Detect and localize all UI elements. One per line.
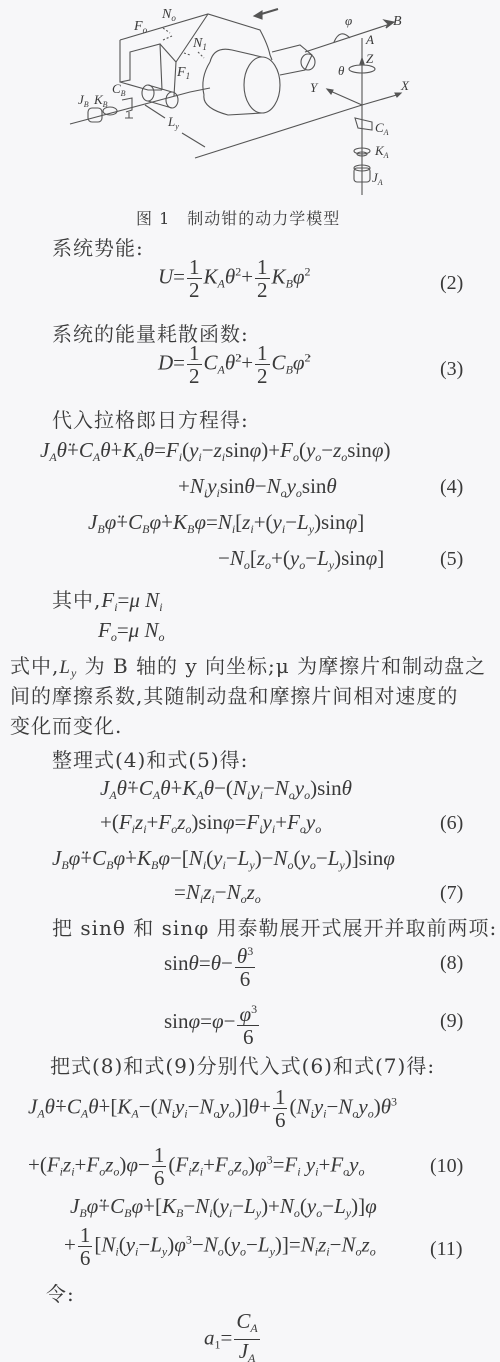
label-Ly: Ly — [167, 114, 179, 131]
label-X: X — [400, 78, 410, 93]
equation-4-line2: +Niyisinθ−Noyosinθ — [178, 474, 337, 501]
equation-number-5: (5) — [440, 548, 463, 571]
label-F1: F1 — [176, 65, 190, 81]
rearrange-label: 整理式(4)和式(5)得: — [52, 744, 248, 773]
equation-10-line2: +(Fizi+Fozo)φ−16(Fizi+Fozo)φ3=Fi yi+Foyo — [28, 1144, 365, 1189]
label-KB: KB — [93, 92, 108, 109]
equation-7-line1: JBφ̈+CBφ̇+KBφ−[Ni(yi−Ly)−No(yo−Ly)]sinφ — [52, 846, 395, 873]
equation-8: sinθ=θ−θ36 — [164, 940, 257, 990]
label-KA: KA — [374, 143, 389, 160]
let-label: 令: — [46, 1278, 75, 1307]
equation-number-9: (9) — [440, 1010, 463, 1033]
label-phi: φ — [345, 13, 352, 28]
document-page: Fo No N1 F1 JB KB CB Ly φ B A Z θ Y X CA… — [0, 0, 500, 1362]
equation-4-line1: JAθ̈+CAθ̇+KAθ=Fi(yi−zisinφ)+Fo(yo−zosinφ… — [40, 438, 390, 465]
where-line-2: Fo=μ No — [98, 618, 164, 645]
substitute-label: 把式(8)和式(9)分别代入式(6)和式(7)得: — [50, 1050, 435, 1079]
equation-number-8: (8) — [440, 952, 463, 975]
brake-caliper-dynamics-diagram: Fo No N1 F1 JB KB CB Ly φ B A Z θ Y X CA… — [0, 0, 500, 200]
label-N1: N1 — [192, 36, 207, 52]
label-JA: JA — [372, 170, 383, 187]
equation-a1: a1=CAJA — [204, 1310, 262, 1362]
equation-11-line2: +16[Ni(yi−Ly)φ3−No(yo−Ly)]=Nizi−Nozo — [64, 1224, 376, 1269]
explanation-line-3: 变化而变化. — [10, 710, 122, 739]
equation-2: U=12KAθ2+12KBφ2 — [158, 256, 311, 301]
equation-number-11: (11) — [430, 1238, 463, 1261]
equation-6-line1: JAθ̈+CAθ̇+KAθ−(Niyi−Noyo)sinθ — [100, 776, 352, 803]
label-Y: Y — [310, 80, 319, 95]
equation-10-line1: JAθ̈+CAθ̇+[KA−(Niyi−Noyo)]θ+16(Niyi−Noyo… — [28, 1086, 397, 1131]
equation-number-6: (6) — [440, 812, 463, 835]
label-JB: JB — [78, 92, 89, 109]
equation-number-3: (3) — [440, 358, 463, 381]
label-theta: θ — [338, 63, 345, 78]
label-Fo: Fo — [133, 19, 148, 35]
label-B: B — [393, 14, 402, 29]
where-label: 其中, — [52, 588, 101, 612]
lagrange-label: 代入拉格郎日方程得: — [52, 404, 249, 433]
label-A: A — [365, 32, 374, 47]
label-No: No — [161, 7, 176, 23]
equation-11-line1: JBφ̈+CBφ̇+[KB−Ni(yi−Ly)+No(yo−Ly)]φ — [70, 1194, 377, 1221]
label-CA: CA — [375, 120, 389, 137]
equation-5-line2: −No[zo+(yo−Ly)sinφ] — [218, 546, 384, 573]
equation-7-line2: =Nizi−Nozo — [174, 880, 261, 907]
equation-number-7: (7) — [440, 882, 463, 905]
taylor-label: 把 sinθ 和 sinφ 用泰勒展开式展开并取前两项: — [52, 912, 497, 941]
potential-energy-label: 系统势能: — [52, 232, 144, 261]
equation-number-4: (4) — [440, 476, 463, 499]
equation-3: D=12CAθ̇2+12CBφ̇2 — [158, 342, 311, 387]
explanation-line-2: 间的摩擦系数,其随制动盘和摩擦片间相对速度的 — [10, 680, 458, 709]
equation-6-line2: +(Fizi+Fozo)sinφ=Fiyi+Foyo — [100, 810, 321, 837]
equation-number-2: (2) — [440, 272, 463, 295]
where-line-1: 其中,Fi=μ Ni — [52, 584, 163, 615]
equation-9: sinφ=φ−φ36 — [164, 998, 261, 1048]
equation-number-10: (10) — [430, 1155, 463, 1178]
figure-caption: 图 1 制动钳的动力学模型 — [136, 206, 340, 229]
explanation-line-1: 式中,Ly 为 B 轴的 y 向坐标;μ 为摩擦片和制动盘之 — [10, 650, 486, 681]
equation-5-line1: JBφ̈+CBφ̇+KBφ=Ni[zi+(yi−Ly)sinφ] — [88, 510, 364, 537]
label-Z: Z — [366, 51, 374, 66]
